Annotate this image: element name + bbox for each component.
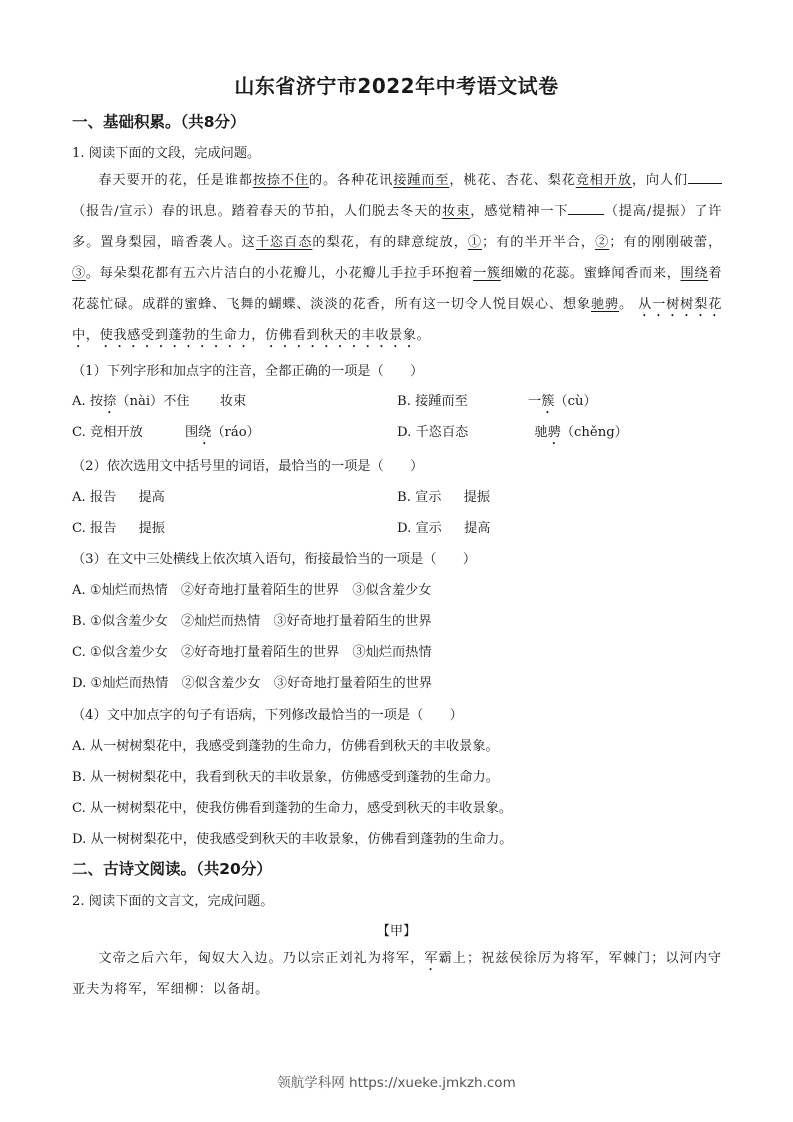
option-text: ①似含羞少女 ②好奇地打量着陌生的世界 ③灿烂而热情	[90, 645, 432, 660]
passage-text: （报告/宣示）春的讯息。踏着春天的节拍，人们脱去冬天的	[72, 204, 442, 219]
fill-blank	[568, 200, 604, 215]
dotted-char: 捺	[103, 394, 116, 409]
option-text: ①似含羞少女 ②灿烂而热情 ③好奇地打量着陌生的世界	[90, 614, 432, 629]
sub-question-4-stem: （4）文中加点字的句子有语病，下列修改最恰当的一项是（ ）	[72, 704, 463, 723]
option-3d[interactable]: D. ①灿烂而热情 ②似含羞少女 ③好奇地打量着陌生的世界	[72, 672, 432, 691]
option-text: 报告	[90, 521, 116, 536]
passage-text: 。每朵梨花都有五六片洁白的小花瓣儿，小花瓣儿手拉手环抱着	[86, 266, 473, 281]
passage-text: ，桃花、杏花、梨花	[449, 173, 575, 188]
option-text: 接踵而至	[415, 394, 468, 409]
dotted-char: 骋	[548, 425, 561, 440]
underlined-word: 一簇	[473, 266, 501, 281]
dotted-char: 军	[424, 951, 438, 966]
option-1d[interactable]: D. 千恣百态 驰骋（chěng）	[397, 421, 628, 448]
option-text: 宣示	[416, 521, 442, 536]
option-text: 从一树树梨花中，使我仿佛看到蓬勃的生命力，感受到秋天的丰收景象。	[90, 801, 512, 816]
option-label: B.	[397, 394, 411, 409]
pinyin: （chěng）	[561, 425, 628, 440]
option-text: 从一树树梨花中，我看到秋天的丰收景象，仿佛感受到蓬勃的生命力。	[90, 770, 499, 785]
underlined-word: 按捺不住	[253, 173, 309, 188]
option-label: D.	[397, 521, 411, 536]
option-text: 妆束	[220, 394, 246, 409]
option-text: 提高	[139, 490, 165, 505]
passage-jia-label: 【甲】	[0, 920, 793, 939]
passage-text: 文帝之后六年，匈奴大入边。乃以宗正刘礼为将军，	[98, 951, 424, 966]
option-label: C.	[72, 521, 86, 536]
option-text: 从一树树梨花中，我感受到蓬勃的生命力，仿佛看到秋天的丰收景象。	[90, 739, 499, 754]
underlined-word: 千恣百态	[256, 235, 313, 250]
question-1-intro: 1. 阅读下面的文段，完成问题。	[72, 142, 260, 161]
option-3a[interactable]: A. ①灿烂而热情 ②好奇地打量着陌生的世界 ③似含羞少女	[72, 579, 431, 598]
option-text: 不住	[163, 394, 189, 409]
option-text: ①灿烂而热情 ②好奇地打量着陌生的世界 ③似含羞少女	[90, 583, 432, 598]
option-label: D.	[72, 832, 86, 847]
option-1a[interactable]: A. 按捺（nài）不住 妆束	[72, 390, 246, 417]
sub-question-3-stem: （3）在文中三处横线上依次填入语句，衔接最恰当的一项是（ ）	[72, 548, 476, 567]
passage-text: ；有的半开半合，	[482, 235, 595, 250]
option-text: 提振	[464, 490, 490, 505]
passage-text: 细嫩的花蕊。蜜蜂闻香而来，	[501, 266, 681, 281]
exam-page: 山东省济宁市2022年中考语文试卷 一、基础积累。（共8分） 1. 阅读下面的文…	[0, 0, 793, 1122]
sub-question-2-stem: （2）依次选用文中括号里的词语，最恰当的一项是（ ）	[72, 455, 423, 474]
question-2-intro: 2. 阅读下面的文言文，完成问题。	[72, 890, 273, 909]
passage-text: 。	[619, 297, 638, 312]
option-1c[interactable]: C. 竞相开放 围绕（ráo）	[72, 421, 260, 448]
page-title: 山东省济宁市2022年中考语文试卷	[0, 70, 793, 99]
dotted-char: 簇	[541, 394, 554, 409]
option-text: 从一树树梨花中，使我感受到秋天的丰收景象，仿佛看到蓬勃的生命力。	[91, 832, 513, 847]
option-text: 宣示	[415, 490, 441, 505]
option-3c[interactable]: C. ①似含羞少女 ②好奇地打量着陌生的世界 ③灿烂而热情	[72, 641, 432, 660]
blank-marker-1: ①	[468, 235, 482, 250]
pinyin: （ráo）	[211, 425, 259, 440]
option-2b[interactable]: B. 宣示 提振	[397, 486, 490, 505]
blank-marker-2: ②	[595, 235, 609, 250]
option-1b[interactable]: B. 接踵而至 一簇（cù）	[397, 390, 597, 417]
underlined-word: 接踵而至	[393, 173, 449, 188]
reading-passage: 春天要开的花，任是谁都按捺不住的。各种花讯接踵而至，桃花、杏花、梨花竞相开放，向…	[72, 165, 722, 351]
option-3b[interactable]: B. ①似含羞少女 ②灿烂而热情 ③好奇地打量着陌生的世界	[72, 610, 432, 629]
passage-text: 的。各种花讯	[309, 173, 393, 188]
option-4a[interactable]: A. 从一树树梨花中，我感受到蓬勃的生命力，仿佛看到秋天的丰收景象。	[72, 735, 499, 754]
option-label: A.	[72, 583, 86, 598]
option-2a[interactable]: A. 报告 提高	[72, 486, 165, 505]
dotted-char: 绕	[198, 425, 211, 440]
option-label: C.	[72, 801, 86, 816]
option-label: D.	[72, 676, 86, 691]
passage-text: ，向人们	[632, 173, 688, 188]
passage-text: ，感觉精神一下	[470, 204, 568, 219]
option-text: 竞相开放	[90, 425, 143, 440]
option-label: A.	[72, 490, 86, 505]
option-text: 报告	[90, 490, 116, 505]
option-2c[interactable]: C. 报告 提振	[72, 517, 165, 536]
option-label: A.	[72, 394, 86, 409]
option-text: 提振	[139, 521, 165, 536]
option-label: C.	[72, 425, 86, 440]
option-label: D.	[397, 425, 411, 440]
option-text: 围	[185, 425, 198, 440]
option-2d[interactable]: D. 宣示 提高	[397, 517, 490, 536]
classical-passage-jia: 文帝之后六年，匈奴大入边。乃以宗正刘礼为将军，军霸上；祝兹侯徐厉为将军，军棘门；…	[72, 943, 722, 1005]
passage-text: 春天要开的花，任是谁都	[98, 173, 252, 188]
option-label: A.	[72, 739, 86, 754]
sub-question-1-stem: （1）下列字形和加点字的注音，全都正确的一项是（ ）	[72, 360, 423, 379]
section-heading-1: 一、基础积累。（共8分）	[72, 110, 246, 132]
option-label: B.	[72, 770, 86, 785]
option-label: C.	[72, 645, 86, 660]
passage-text: ；有的刚刚破蕾，	[609, 235, 722, 250]
blank-marker-3: ③	[72, 266, 86, 281]
underlined-word: 驰骋	[591, 297, 619, 312]
option-4d[interactable]: D. 从一树树梨花中，使我感受到秋天的丰收景象，仿佛看到蓬勃的生命力。	[72, 828, 513, 847]
watermark-footer: 领航学科网 https://xueke.jmkzh.com	[0, 1071, 793, 1091]
option-4c[interactable]: C. 从一树树梨花中，使我仿佛看到蓬勃的生命力，感受到秋天的丰收景象。	[72, 797, 512, 816]
option-text: 一	[528, 394, 541, 409]
pinyin: （nài）	[116, 394, 163, 409]
option-text: 提高	[464, 521, 490, 536]
fill-blank	[688, 169, 722, 184]
passage-text: 的梨花，有的肆意绽放，	[312, 235, 468, 250]
option-4b[interactable]: B. 从一树树梨花中，我看到秋天的丰收景象，仿佛感受到蓬勃的生命力。	[72, 766, 499, 785]
section-heading-2: 二、古诗文阅读。（共20分）	[72, 857, 272, 879]
underlined-word: 妆束	[442, 204, 470, 219]
option-label: B.	[72, 614, 86, 629]
passage-text: 亚夫为将军，军细柳：以备胡。	[72, 982, 269, 997]
underlined-word: 围绕	[681, 266, 709, 281]
passage-text: 霸上；祝兹侯徐厉为将军，军棘门；以河内守	[439, 951, 722, 966]
underlined-word: 竞相开放	[576, 173, 632, 188]
option-text: ①灿烂而热情 ②似含羞少女 ③好奇地打量着陌生的世界	[91, 676, 433, 691]
option-text: 千恣百态	[416, 425, 469, 440]
option-label: B.	[397, 490, 411, 505]
pinyin: （cù）	[554, 394, 596, 409]
option-text: 驰	[534, 425, 547, 440]
option-text: 按	[90, 394, 103, 409]
